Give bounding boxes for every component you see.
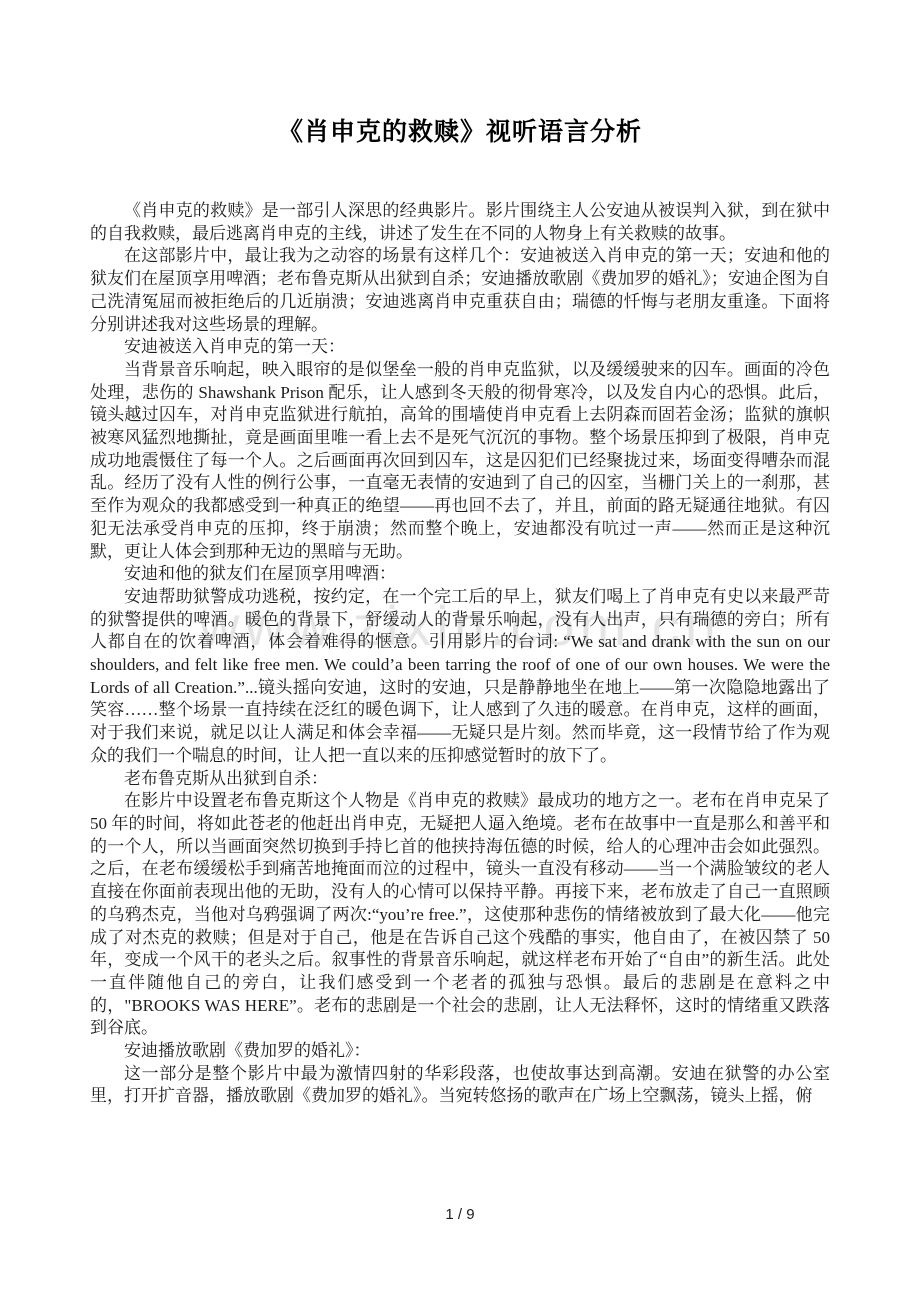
paragraph-brooks: 在影片中设置老布鲁克斯这个人物是《肖申克的救赎》最成功的地方之一。老布在肖申克呆… — [90, 790, 830, 1040]
paragraph-rooftop-beer: 安迪帮助狱警成功逃税，按约定，在一个完工后的早上，狱友们喝上了肖申克有史以来最严… — [90, 586, 830, 768]
page-number: 1 / 9 — [0, 1206, 920, 1223]
section-heading-figaro: 安迪播放歌剧《费加罗的婚礼》： — [90, 1040, 830, 1063]
paragraph-first-day: 当背景音乐响起，映入眼帘的是似堡垒一般的肖申克监狱，以及缓缓驶来的囚车。画面的冷… — [90, 359, 830, 563]
section-heading-brooks: 老布鲁克斯从出狱到自杀： — [90, 768, 830, 791]
section-heading-rooftop-beer: 安迪和他的狱友们在屋顶享用啤酒： — [90, 563, 830, 586]
paragraph-figaro: 这一部分是整个影片中最为激情四射的华彩段落，也使故事达到高潮。安迪在狱警的办公室… — [90, 1063, 830, 1108]
body-text-block: 《肖申克的救赎》是一部引人深思的经典影片。影片围绕主人公安迪从被误判入狱，到在狱… — [90, 200, 830, 1108]
paragraph-intro: 《肖申克的救赎》是一部引人深思的经典影片。影片围绕主人公安迪从被误判入狱，到在狱… — [90, 200, 830, 245]
page-title: 《肖申克的救赎》视听语言分析 — [90, 0, 830, 148]
document-content: 《肖申克的救赎》视听语言分析 《肖申克的救赎》是一部引人深思的经典影片。影片围绕… — [90, 0, 830, 1108]
paragraph-scene-list: 在这部影片中，最让我为之动容的场景有这样几个：安迪被送入肖申克的第一天；安迪和他… — [90, 245, 830, 336]
section-heading-first-day: 安迪被送入肖申克的第一天： — [90, 336, 830, 359]
document-page: www.zixin.com.cn 《肖申克的救赎》视听语言分析 《肖申克的救赎》… — [0, 0, 920, 1302]
